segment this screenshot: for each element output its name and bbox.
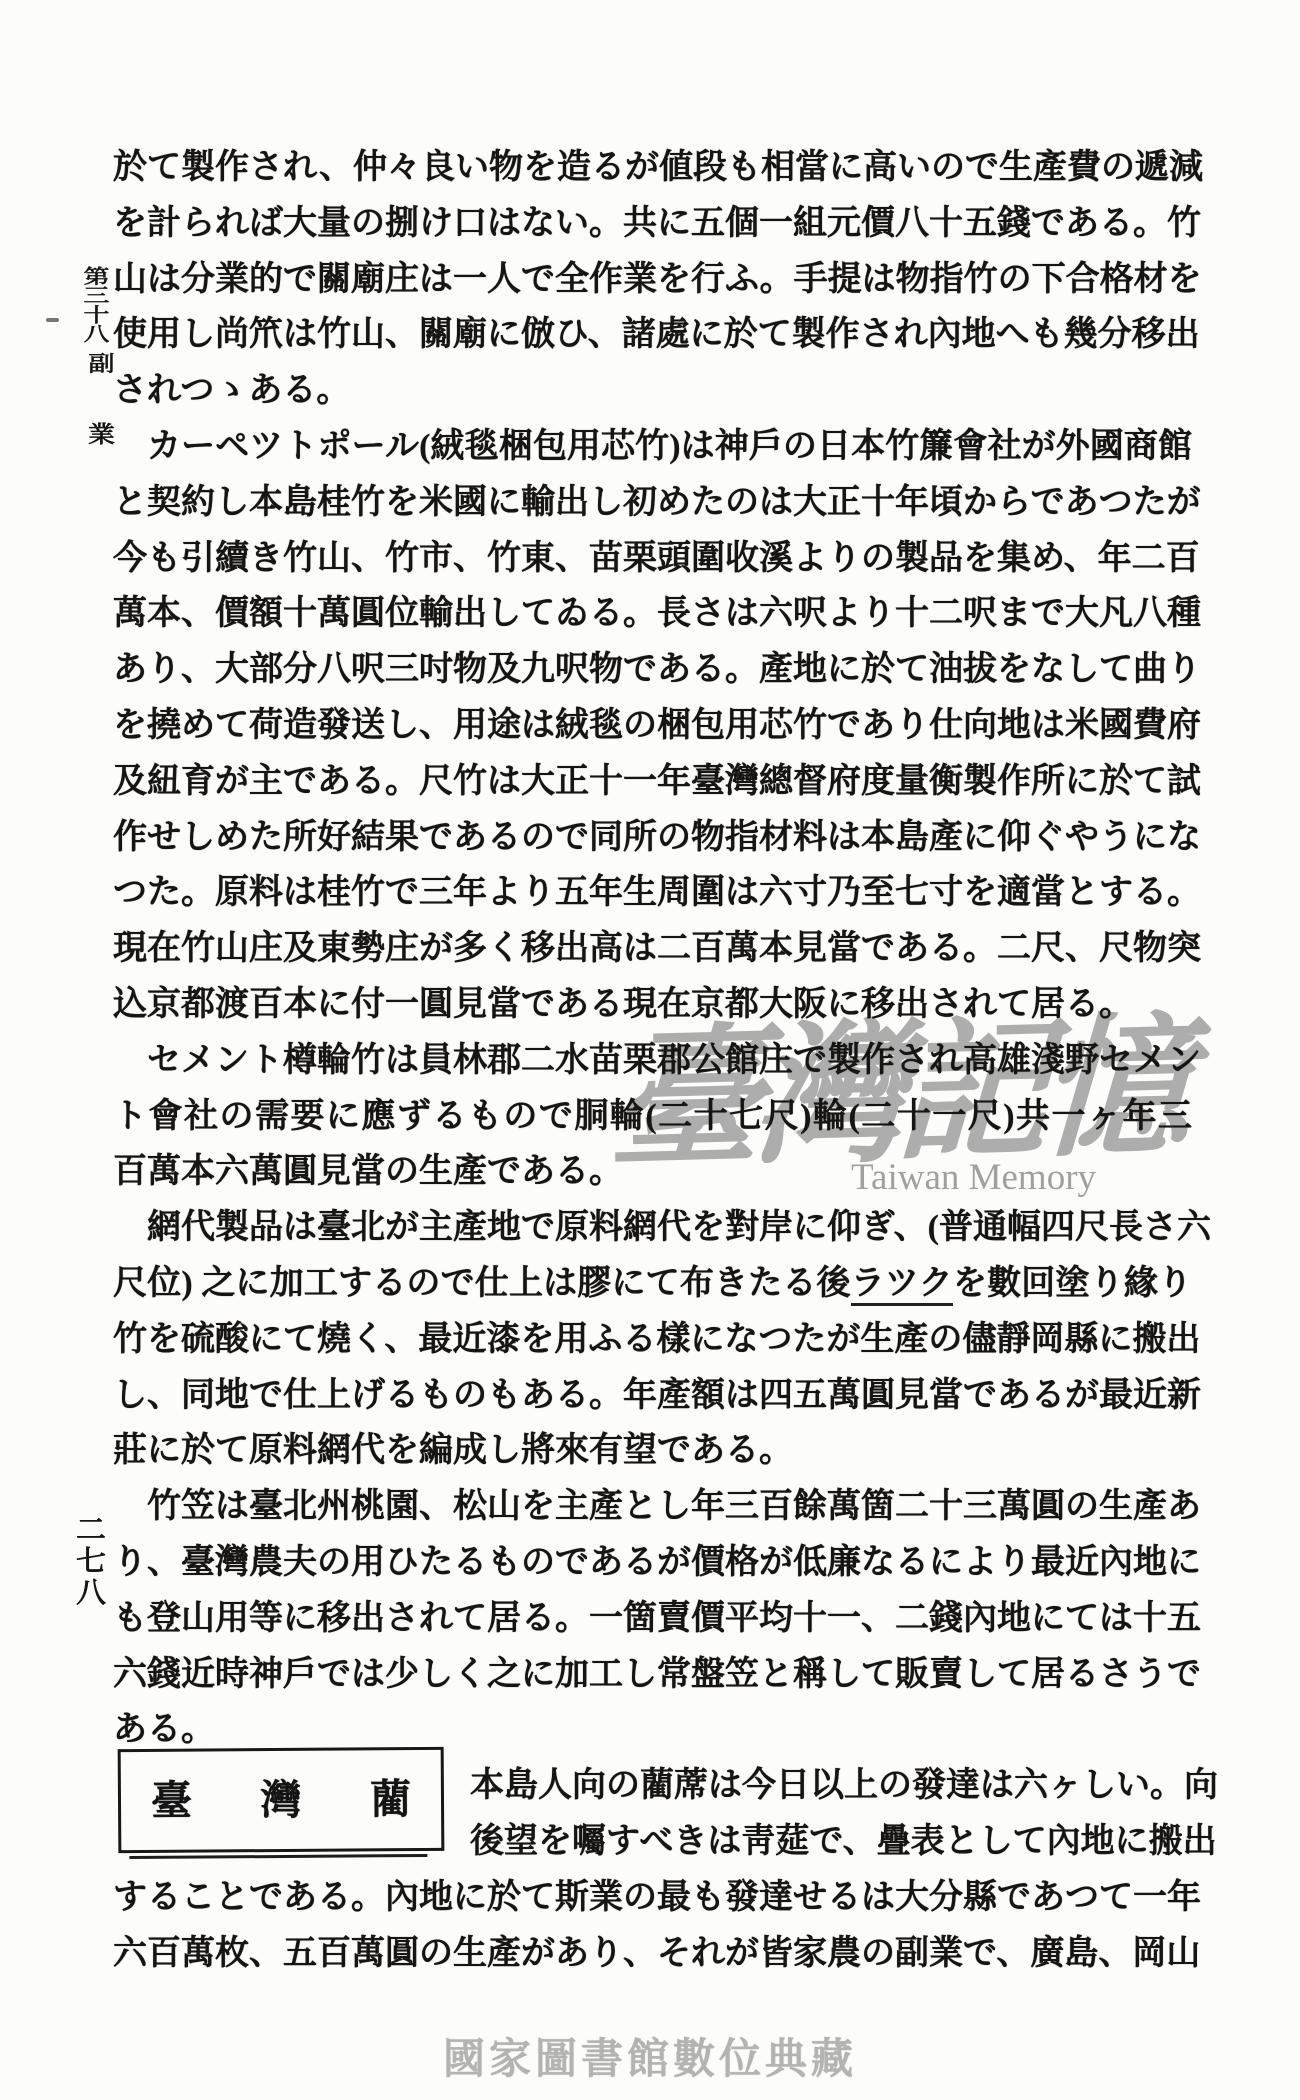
text-line: 使用し尚笊は竹山、關廟に倣ひ、諸處に於て製作され內地へも幾分移出 [113, 307, 1192, 363]
text-line: 山は分業的で關廟庄は一人で全作業を行ふ。手提は物指竹の下合格材を [113, 252, 1192, 308]
text-line: することである。內地に於て斯業の最も發達せるは大分縣であつて一年 [113, 1870, 1192, 1926]
scan-artifact [46, 318, 59, 322]
margin-chapter-label: 第三十八 [79, 266, 109, 343]
text-line: 莊に於て原料網代を編成し將來有望である。 [113, 1423, 1192, 1479]
text-line: 及紐育が主である。尺竹は大正十一年臺灣總督府度量衡製作所に於て試 [113, 754, 1192, 810]
text-line: し、同地で仕上げるものもある。年產額は四五萬圓見當であるが最近新 [113, 1368, 1192, 1424]
section-header-char: 灣 [260, 1779, 301, 1820]
text-line: カーペツトポール(絨毯梱包用芯竹)は神戶の日本竹簾會社が外國商館 [113, 419, 1192, 475]
page-number: 二七八 [65, 1514, 109, 1608]
text-line: 竹を硫酸にて燒く、最近漆を用ふる樣になつたが生產の儘靜岡縣に搬出 [113, 1312, 1192, 1368]
text-line: 込京都渡百本に付一圓見當である現在京都大阪に移出されて居る。 [113, 977, 1192, 1033]
text-line: 作せしめた所好結果であるので同所の物指材料は本島產に仰ぐやうにな [113, 810, 1192, 866]
text-line: を計られば大量の捌け口はない。共に五個一組元價八十五錢である。竹 [113, 196, 1192, 252]
text-line: 今も引續き竹山、竹市、竹東、苗栗頭圍收溪よりの製品を集め、年二百 [113, 531, 1192, 587]
section-header-char: 藺 [370, 1779, 411, 1820]
text-line: 於て製作され、仲々良い物を造るが値段も相當に高いので生產費の遞減 [113, 140, 1192, 196]
underlined-term: ラツク [851, 1265, 953, 1306]
text-line: 六錢近時神戶では少しく之に加工し常盤笠と稱して販賣して居るさうで [113, 1647, 1192, 1703]
text-line: あり、大部分八呎三吋物及九呎物である。產地に於て油拔をなして曲り [113, 642, 1192, 698]
text-line: されつゝある。 [113, 363, 1192, 419]
text-block: 於て製作され、仲々良い物を造るが値段も相當に高いので生產費の遞減を計られば大量の… [113, 140, 1192, 1981]
text-line: セメント樽輪竹は員林郡二水苗栗郡公館庄で製作され高雄淺野セメン [113, 1033, 1192, 1089]
section-header-char: 臺 [151, 1780, 192, 1821]
footer-label: 國家圖書館數位典藏 [0, 2026, 1300, 2086]
text-line: つた。原料は桂竹で三年より五年生周圍は六寸乃至七寸を適當とする。 [113, 865, 1192, 921]
text-line: 萬本、價額十萬圓位輸出してゐる。長さは六呎より十二呎まで大凡八種 [113, 586, 1192, 642]
text-line: り、臺灣農夫の用ひたるものであるが價格が低廉なるにより最近內地に [113, 1535, 1192, 1591]
text-line: を撓めて荷造發送し、用途は絨毯の梱包用芯竹であり仕向地は米國費府 [113, 698, 1192, 754]
text-line: 尺位) 之に加工するので仕上は膠にて布きたる後ラツクを數回塗り緣り [113, 1256, 1192, 1312]
text-line: ト會社の需要に應ずるもので胴輪(二十七尺)輪(二十一尺)共一ヶ年三 [113, 1089, 1192, 1145]
section-header-box: 臺 灣 藺 [118, 1747, 445, 1853]
text-line: 網代製品は臺北が主產地で原料網代を對岸に仰ぎ、(普通幅四尺長さ六 [113, 1200, 1192, 1256]
text-line: 百萬本六萬圓見當の生產である。 [113, 1144, 1192, 1200]
text-line: も登山用等に移出されて居る。一箇賣價平均十一、二錢內地にては十五 [113, 1591, 1192, 1647]
text-line: 現在竹山庄及東勢庄が多く移出高は二百萬本見當である。二尺、尺物突 [113, 921, 1192, 977]
text-line: と契約し本島桂竹を米國に輸出し初めたのは大正十年頃からであつたが [113, 475, 1192, 531]
text-line: 竹笠は臺北州桃園、松山を主產とし年三百餘萬箇二十三萬圓の生產あ [113, 1479, 1192, 1535]
document-page: 臺灣記憶 Taiwan Memory 第三十八 副 業 二七八 於て製作され、仲… [0, 0, 1300, 2100]
text-line: 六百萬枚、五百萬圓の生產があり、それが皆家農の副業で、廣島、岡山 [113, 1926, 1192, 1982]
